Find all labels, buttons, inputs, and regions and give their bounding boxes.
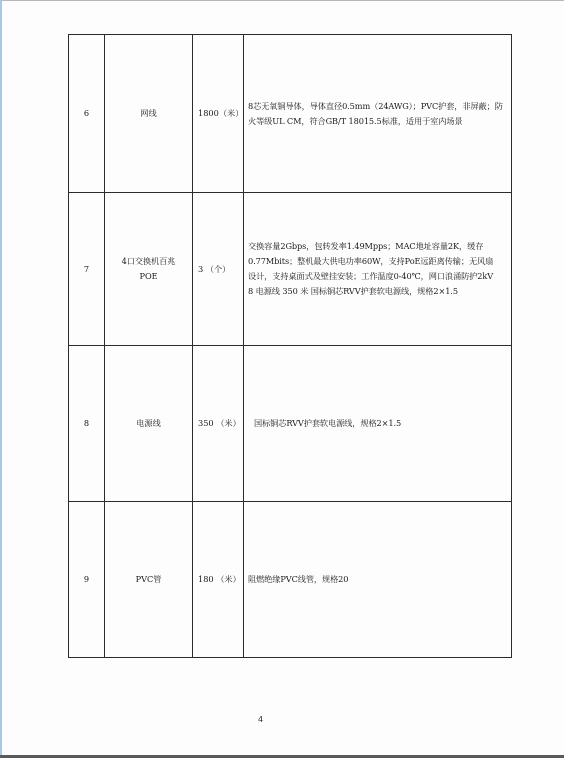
- table-row: 7 4口交换机百兆 POE 3 （个） 交换容量2Gbps，包转发率1.49Mp…: [69, 193, 512, 346]
- description-line: 设计，支持桌面式及壁挂安装；工作温度0-40℃，网口浪涌防护2kV: [248, 269, 507, 284]
- item-description: 交换容量2Gbps，包转发率1.49Mpps；MAC地址容量2K，缓存 0.77…: [244, 193, 512, 346]
- page-number: 4: [258, 715, 263, 724]
- item-name: 电源线: [105, 346, 193, 502]
- description-line: 交换容量2Gbps，包转发率1.49Mpps；MAC地址容量2K，缓存: [248, 239, 507, 254]
- item-number: 7: [69, 193, 105, 346]
- document-page: 6 网线 1800（米） 8芯无氧铜导体，导体直径0.5mm（24AWG）；PV…: [0, 0, 564, 758]
- item-name: 4口交换机百兆 POE: [105, 193, 193, 346]
- description-line: 阻燃绝缘PVC线管，规格20: [248, 572, 507, 587]
- item-quantity: 1800（米）: [193, 35, 244, 193]
- item-number: 8: [69, 346, 105, 502]
- table-row: 6 网线 1800（米） 8芯无氧铜导体，导体直径0.5mm（24AWG）；PV…: [69, 35, 512, 193]
- description-line: 国标铜芯RVV护套软电源线，规格2×1.5: [254, 416, 507, 431]
- item-quantity: 3 （个）: [193, 193, 244, 346]
- description-line: 0.77Mbits；整机最大供电功率60W，支持PoE远距离传输；无风扇: [248, 254, 507, 269]
- item-name: 网线: [105, 35, 193, 193]
- item-name: PVC管: [105, 502, 193, 658]
- item-quantity: 180 （米）: [193, 502, 244, 658]
- item-quantity: 350 （米）: [193, 346, 244, 502]
- table-row: 9 PVC管 180 （米） 阻燃绝缘PVC线管，规格20: [69, 502, 512, 658]
- item-number: 6: [69, 35, 105, 193]
- item-description: 国标铜芯RVV护套软电源线，规格2×1.5: [244, 346, 512, 502]
- item-description: 阻燃绝缘PVC线管，规格20: [244, 502, 512, 658]
- item-name-line: POE: [105, 269, 192, 284]
- description-line: 8芯无氧铜导体，导体直径0.5mm（24AWG）；PVC护套，非屏蔽；防: [248, 99, 507, 114]
- item-number: 9: [69, 502, 105, 658]
- equipment-spec-table: 6 网线 1800（米） 8芯无氧铜导体，导体直径0.5mm（24AWG）；PV…: [68, 34, 512, 658]
- description-line: 8 电源线 350 米 国标铜芯RVV护套软电源线，规格2×1.5: [248, 284, 507, 299]
- table-row: 8 电源线 350 （米） 国标铜芯RVV护套软电源线，规格2×1.5: [69, 346, 512, 502]
- description-line: 火等级UL CM，符合GB/T 18015.5标准，适用于室内场景: [248, 114, 507, 129]
- item-description: 8芯无氧铜导体，导体直径0.5mm（24AWG）；PVC护套，非屏蔽；防 火等级…: [244, 35, 512, 193]
- item-name-line: 4口交换机百兆: [105, 254, 192, 269]
